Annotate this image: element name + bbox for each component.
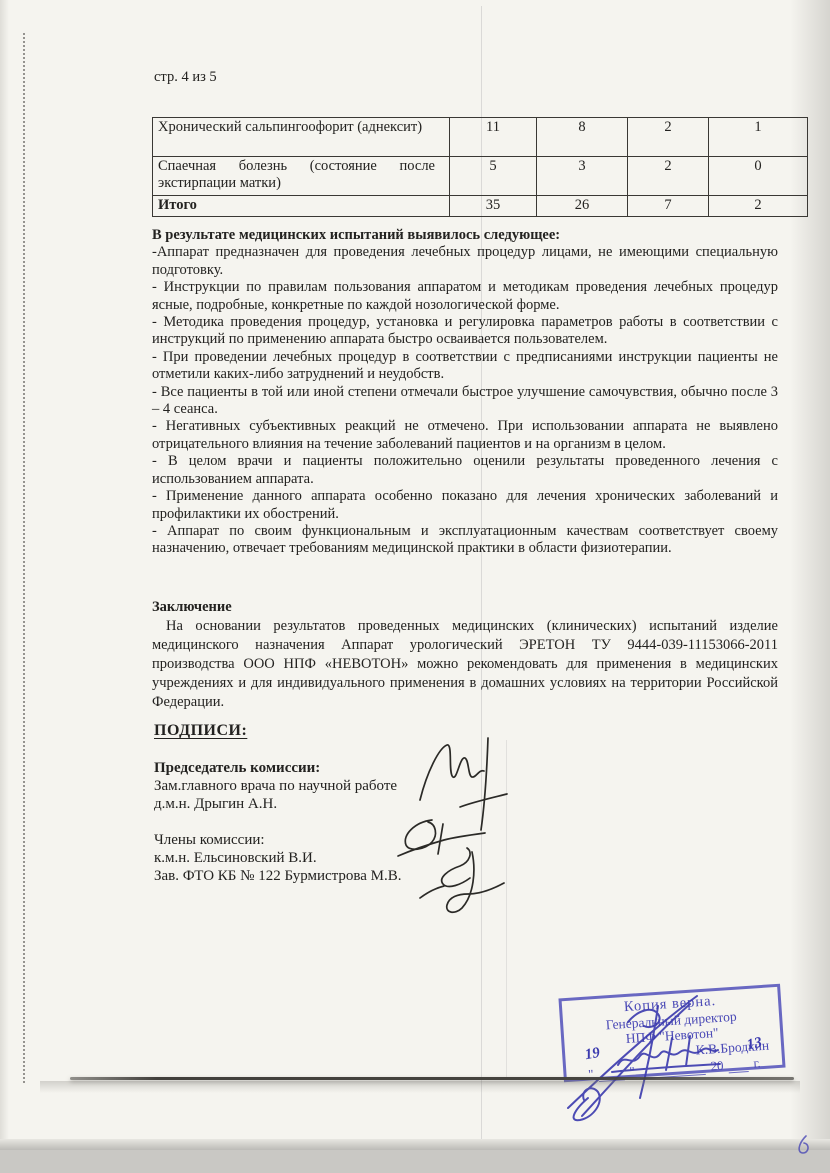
finding-item: -Аппарат предназначен для проведения леч…: [152, 244, 778, 279]
page-number: стр. 4 из 5: [154, 69, 217, 86]
value-cell: 2: [709, 196, 808, 217]
finding-item: - Негативных субъективных реакций не отм…: [152, 418, 778, 453]
spacer: [154, 813, 402, 831]
photocopy-edge-smear: [40, 1081, 800, 1093]
value-cell: 11: [450, 118, 537, 157]
value-cell: 26: [537, 196, 628, 217]
chairman-name: д.м.н. Дрыгин А.Н.: [154, 795, 402, 813]
stamp-year-prefix: 20: [710, 1058, 724, 1074]
stamp-year-suffix: г.: [753, 1055, 761, 1071]
signatures-heading: ПОДПИСИ:: [154, 722, 247, 740]
diagnosis-cell: Хронический сальпингоофорит (аднексит): [153, 118, 450, 157]
chairman-role: Зам.главного врача по научной работе: [154, 777, 402, 795]
value-cell: 7: [628, 196, 709, 217]
chairman-label: Председатель комиссии:: [154, 759, 402, 777]
finding-item: - Применение данного аппарата особенно п…: [152, 488, 778, 523]
findings-section: В результате медицинских испытаний выяви…: [152, 227, 778, 558]
photocopy-left-edge-line: [23, 33, 25, 1083]
diagnosis-cell: Спаечная болезнь (состояние после экстир…: [153, 157, 450, 196]
handwritten-year: 13: [745, 1035, 763, 1055]
table-row: Спаечная болезнь (состояние после экстир…: [153, 157, 808, 196]
scanner-background: [0, 1150, 830, 1173]
conclusion-section: Заключение На основании результатов пров…: [152, 598, 778, 712]
table-total-row: Итого 35 26 7 2: [153, 196, 808, 217]
results-table: Хронический сальпингоофорит (аднексит) 1…: [152, 117, 808, 217]
value-cell: 35: [450, 196, 537, 217]
conclusion-text: На основании результатов проведенных мед…: [152, 617, 778, 712]
member-name: к.м.н. Ельсиновский В.И.: [154, 849, 402, 867]
finding-item: - Инструкции по правилам пользования апп…: [152, 279, 778, 314]
stamp-year-blank: [728, 1059, 749, 1073]
value-cell: 1: [709, 118, 808, 157]
finding-item: - При проведении лечебных процедур в соо…: [152, 349, 778, 384]
finding-item: - Методика проведения процедур, установк…: [152, 314, 778, 349]
copy-certification-stamp: Копия верна. Генеральный директор НПФ "Н…: [558, 984, 785, 1083]
value-cell: 3: [537, 157, 628, 196]
findings-heading: В результате медицинских испытаний выяви…: [152, 227, 778, 244]
value-cell: 0: [709, 157, 808, 196]
handwritten-day: 19: [584, 1045, 602, 1064]
value-cell: 2: [628, 118, 709, 157]
scanned-document-page: стр. 4 из 5 Хронический сальпингоофорит …: [0, 0, 830, 1173]
table-row: Хронический сальпингоофорит (аднексит) 1…: [153, 118, 808, 157]
scan-fold-line-secondary: [506, 740, 507, 1080]
value-cell: 5: [450, 157, 537, 196]
members-label: Члены комиссии:: [154, 831, 402, 849]
scan-left-shadow: [0, 0, 9, 1150]
blue-pen-mark: [792, 1130, 816, 1160]
finding-item: - Аппарат по своим функциональным и эксп…: [152, 523, 778, 558]
value-cell: 8: [537, 118, 628, 157]
finding-item: - Все пациенты в той или иной степени от…: [152, 384, 778, 419]
signatures-section: Председатель комиссии: Зам.главного врач…: [154, 759, 402, 885]
finding-item: - В целом врачи и пациенты положительно …: [152, 453, 778, 488]
value-cell: 2: [628, 157, 709, 196]
conclusion-heading: Заключение: [152, 598, 778, 617]
member-name: Зав. ФТО КБ № 122 Бурмистрова М.В.: [154, 867, 402, 885]
handwritten-signatures-ink: [395, 732, 520, 927]
photocopy-bottom-edge-line: [70, 1077, 794, 1080]
total-label-cell: Итого: [153, 196, 450, 217]
